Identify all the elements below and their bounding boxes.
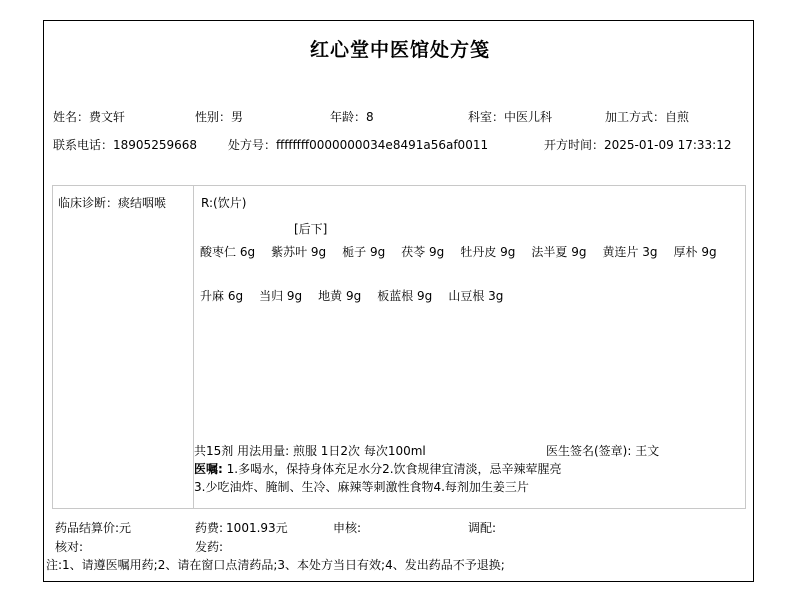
settle-price-label: 药品结算价:	[55, 521, 119, 535]
patient-department-label: 科室：	[468, 110, 504, 124]
medicine-fee-label: 药费:	[195, 521, 223, 535]
medical-advice-line-2: 3.少吃油炸、腌制、生冷、麻辣等刺激性食物4.每剂加生姜三片	[194, 480, 529, 495]
diagnosis-label: 临床诊断：	[58, 196, 118, 210]
herb-item: 地黄 9g	[318, 289, 361, 303]
herb-item: 栀子 9g	[342, 245, 385, 259]
herb-item: 升麻 6g	[200, 289, 243, 303]
patient-gender-label: 性别：	[195, 110, 231, 124]
rx-number-field: 处方号：ffffffff0000000034e8491a56af0011	[228, 138, 488, 152]
herb-item: 酸枣仁 6g	[200, 245, 255, 259]
patient-gender-value: 男	[231, 110, 243, 124]
herb-item: 板蓝根 9g	[377, 289, 432, 303]
check-field: 核对:	[55, 540, 86, 554]
doctor-signature-value: 王文	[635, 444, 659, 458]
decoct-later-marker: [后下]	[294, 222, 327, 237]
prescription-page: 红心堂中医馆处方笺 姓名：费文轩 性别：男 年龄：8 科室：中医儿科 加工方式：…	[0, 0, 800, 600]
herb-item: 茯苓 9g	[401, 245, 444, 259]
rx-number-label: 处方号：	[228, 138, 276, 152]
rx-header: R:(饮片)	[201, 196, 246, 211]
patient-age-value: 8	[366, 110, 374, 124]
rx-number-value: ffffffff0000000034e8491a56af0011	[276, 138, 488, 152]
settle-price-field: 药品结算价:元	[55, 521, 131, 535]
herb-item: 牡丹皮 9g	[460, 245, 515, 259]
medicine-fee-field: 药费:1001.93元	[195, 521, 288, 535]
patient-department-value: 中医儿科	[504, 110, 552, 124]
page-title: 红心堂中医馆处方笺	[0, 35, 800, 62]
issue-time-field: 开方时间：2025-01-09 17:33:12	[544, 138, 731, 152]
processing-method-label: 加工方式：	[605, 110, 665, 124]
prescription-box: 临床诊断：痰结咽喉 R:(饮片) [后下] 酸枣仁 6g紫苏叶 9g栀子 9g茯…	[52, 185, 746, 509]
diagnosis-value: 痰结咽喉	[118, 196, 166, 210]
medicine-fee-value: 1001.93元	[226, 521, 288, 535]
patient-name-value: 费文轩	[89, 110, 125, 124]
herb-item: 当归 9g	[259, 289, 302, 303]
patient-name-field: 姓名：费文轩	[53, 110, 125, 124]
issue-time-label: 开方时间：	[544, 138, 604, 152]
dispense-prep-field: 调配:	[468, 521, 499, 535]
diagnosis-divider	[193, 186, 194, 508]
settle-price-value: 元	[119, 521, 131, 535]
phone-value: 18905259668	[113, 138, 197, 152]
dispense-label: 发药:	[195, 540, 223, 554]
doctor-signature-label: 医生签名(签章):	[546, 444, 631, 458]
patient-name-label: 姓名：	[53, 110, 89, 124]
patient-gender-field: 性别：男	[195, 110, 243, 124]
review-field: 申核:	[333, 521, 364, 535]
herb-line-1: 酸枣仁 6g紫苏叶 9g栀子 9g茯苓 9g牡丹皮 9g法半夏 9g黄连片 3g…	[200, 245, 733, 260]
medical-advice-label: 医嘱:	[194, 462, 223, 476]
medical-advice-text-1: 1.多喝水，保持身体充足水分2.饮食规律宜清淡，忌辛辣荤腥亮	[227, 462, 562, 476]
processing-method-value: 自煎	[665, 110, 689, 124]
diagnosis-field: 临床诊断：痰结咽喉	[58, 196, 166, 211]
herb-item: 紫苏叶 9g	[271, 245, 326, 259]
patient-age-field: 年龄：8	[330, 110, 374, 124]
dispense-prep-label: 调配:	[468, 521, 496, 535]
herb-item: 厚朴 9g	[674, 245, 717, 259]
dispense-field: 发药:	[195, 540, 226, 554]
issue-time-value: 2025-01-09 17:33:12	[604, 138, 731, 152]
medical-advice-line-1: 医嘱: 1.多喝水，保持身体充足水分2.饮食规律宜清淡，忌辛辣荤腥亮	[194, 462, 562, 477]
phone-label: 联系电话：	[53, 138, 113, 152]
usage-line: 共15剂 用法用量: 煎服 1日2次 每次100ml	[194, 444, 426, 459]
herb-item: 黄连片 3g	[602, 245, 657, 259]
footnote: 注:1、请遵医嘱用药;2、请在窗口点清药品;3、本处方当日有效;4、发出药品不予…	[46, 558, 505, 572]
phone-field: 联系电话：18905259668	[53, 138, 197, 152]
herb-line-2: 升麻 6g当归 9g地黄 9g板蓝根 9g山豆根 3g	[200, 289, 519, 304]
check-label: 核对:	[55, 540, 83, 554]
processing-method-field: 加工方式：自煎	[605, 110, 689, 124]
herb-item: 山豆根 3g	[448, 289, 503, 303]
herb-item: 法半夏 9g	[531, 245, 586, 259]
review-label: 申核:	[333, 521, 361, 535]
patient-age-label: 年龄：	[330, 110, 366, 124]
patient-department-field: 科室：中医儿科	[468, 110, 552, 124]
doctor-signature-field: 医生签名(签章): 王文	[546, 444, 659, 459]
